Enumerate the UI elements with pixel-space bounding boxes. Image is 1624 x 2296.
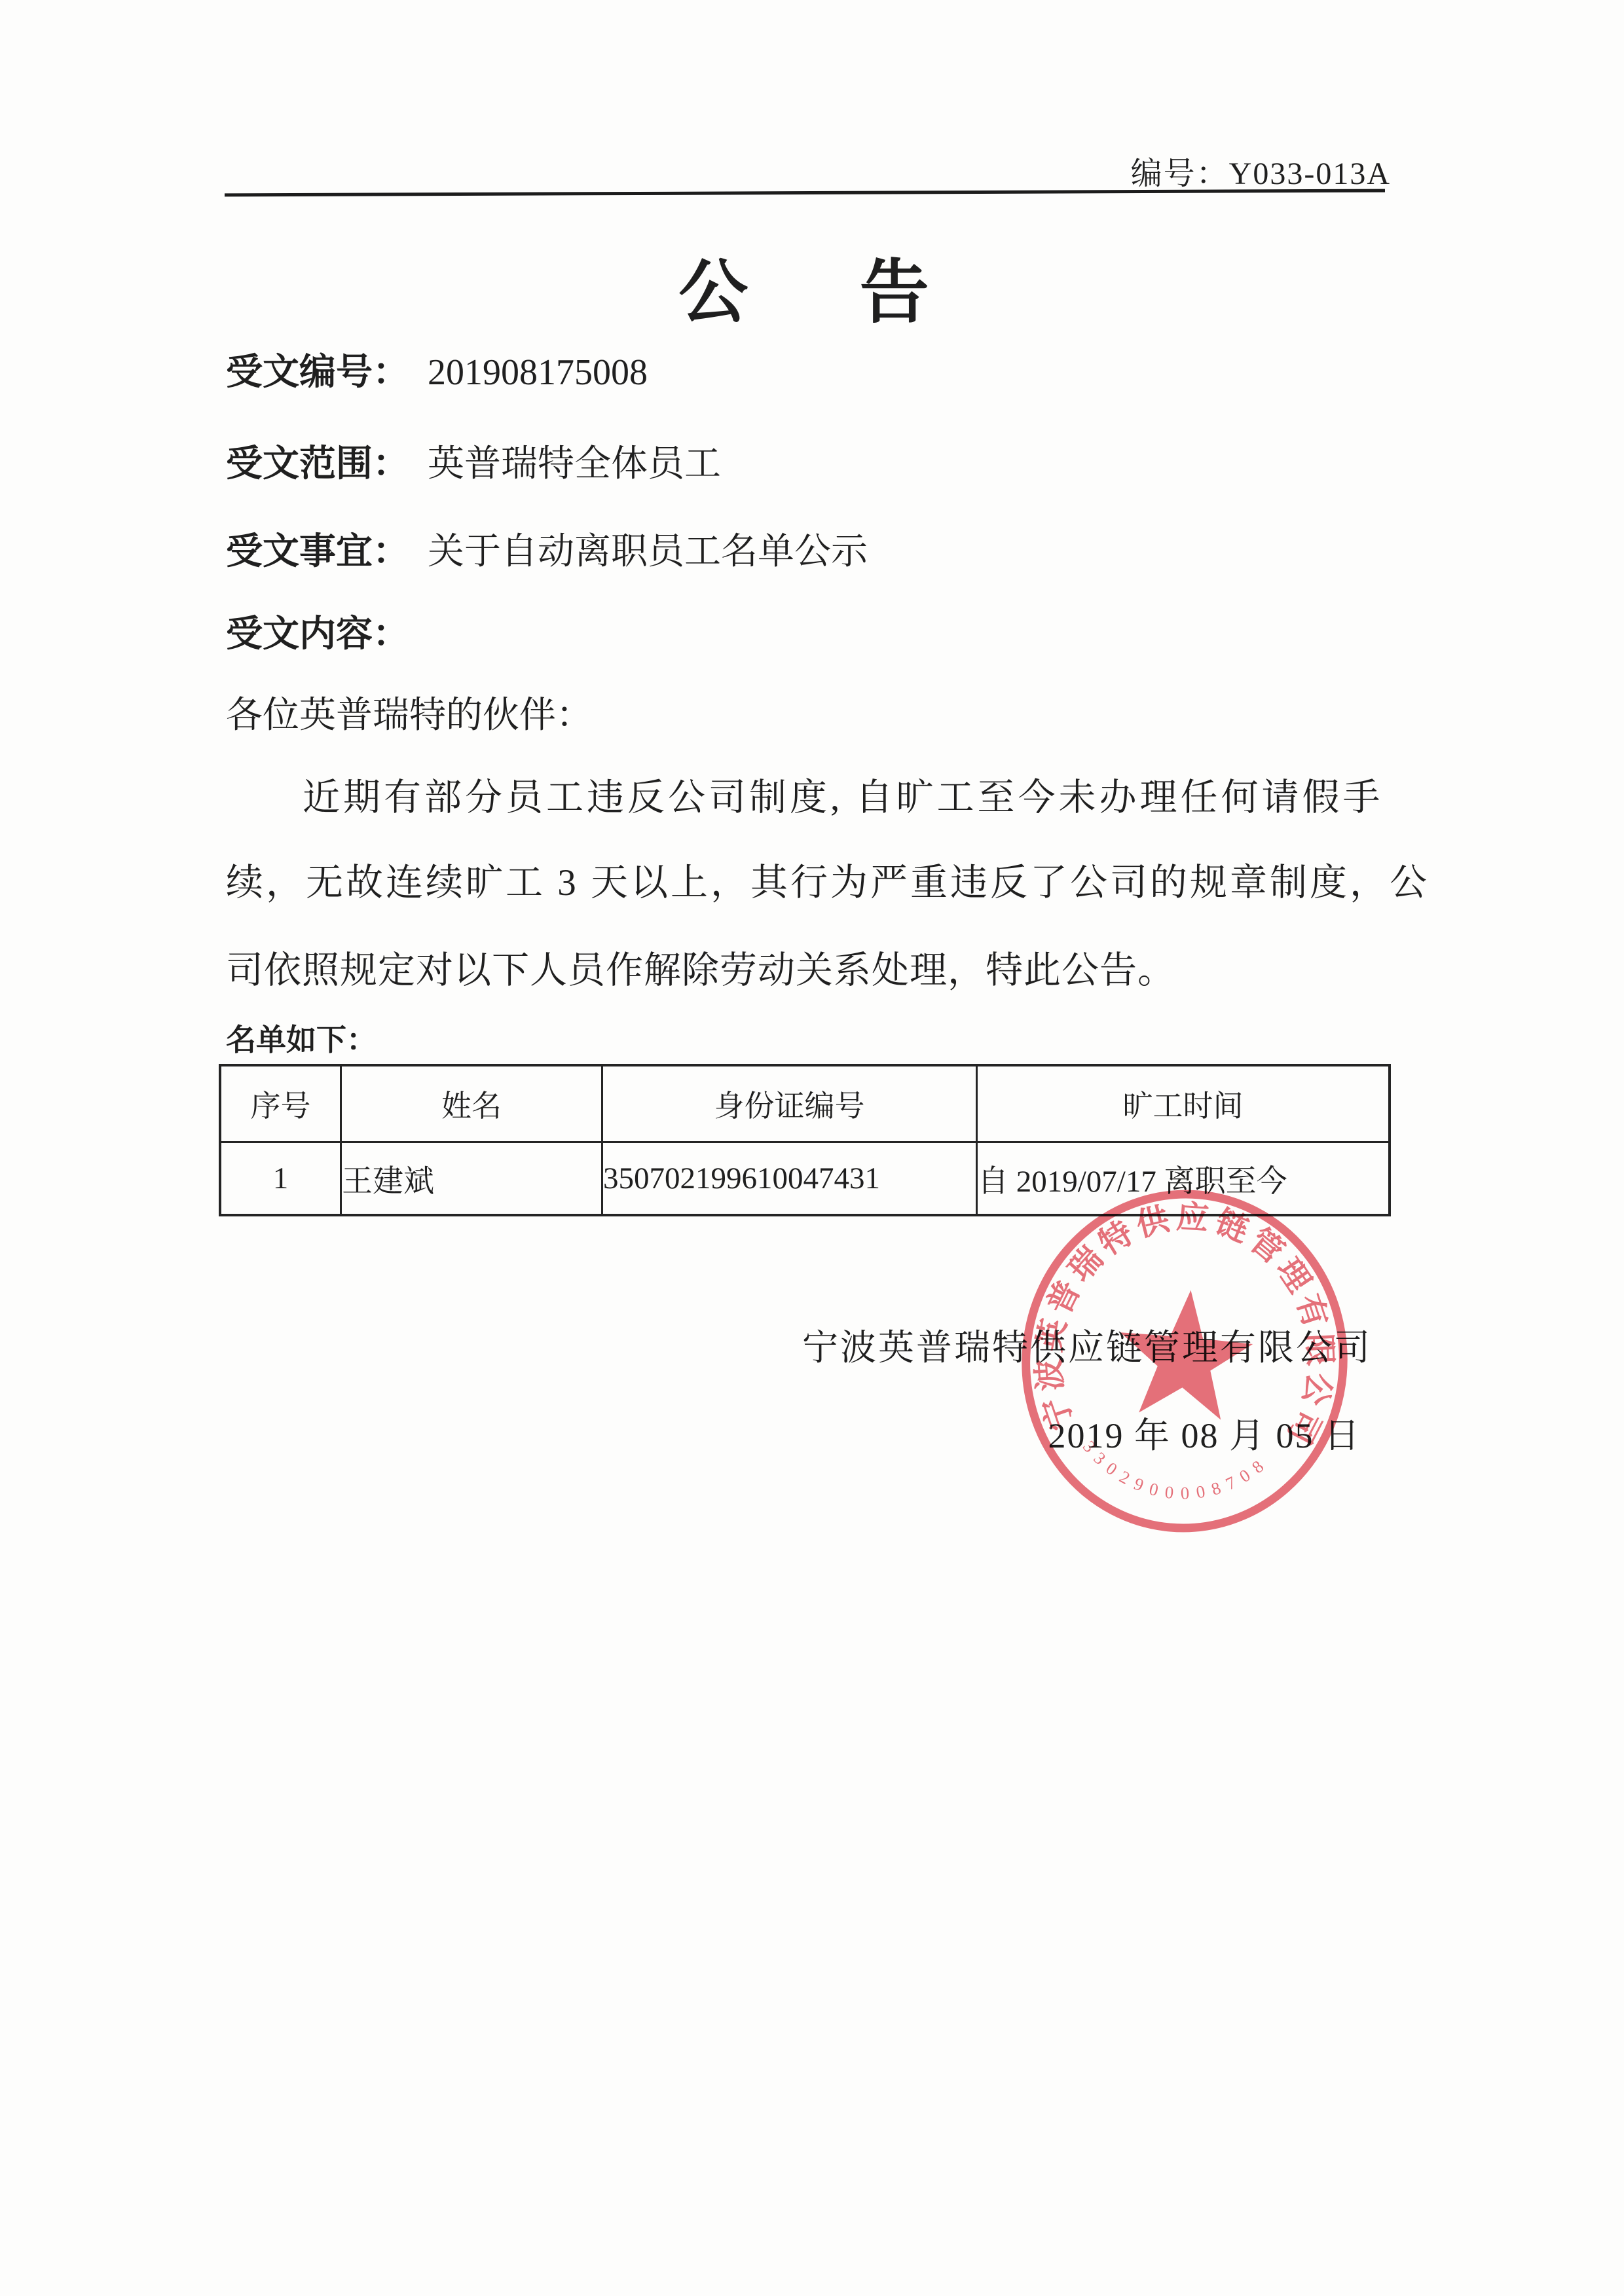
column-header-index: 序号 — [220, 1065, 341, 1142]
field-label: 受文范围： — [226, 444, 409, 484]
field-label: 受文编号： — [226, 352, 409, 393]
seal-graphics: 宁波英普瑞特供应链管理有限公司 3302900008708 — [1012, 1181, 1357, 1541]
roster-list-label: 名单如下： — [226, 1016, 377, 1059]
doc-number: 编号：Y033-013A — [1131, 148, 1391, 193]
field-doc-ref: 受文编号：201908175008 — [226, 343, 648, 395]
column-header-name: 姓名 — [341, 1065, 602, 1142]
paragraph-line: 近期有部分员工违反公司制度, 自旷工至今未办理任何请假手 — [303, 767, 1384, 821]
table-header-row: 序号 姓名 身份证编号 旷工时间 — [220, 1065, 1390, 1142]
column-header-id-number: 身份证编号 — [602, 1065, 977, 1142]
page-title: 公 告 — [226, 237, 1382, 337]
seal-star-icon — [1114, 1285, 1257, 1422]
field-value: 关于自动离职员工名单公示 — [428, 532, 868, 572]
field-content: 受文内容： — [226, 605, 428, 657]
field-scope: 受文范围：英普瑞特全体员工 — [226, 435, 721, 487]
cell-name: 王建斌 — [341, 1142, 602, 1216]
paragraph-line: 司依照规定对以下人员作解除劳动关系处理，特此公告。 — [226, 940, 1175, 994]
field-value: 英普瑞特全体员工 — [428, 444, 721, 484]
field-value: 201908175008 — [428, 352, 648, 393]
seal-code-text: 3302900008708 — [1075, 1436, 1274, 1511]
field-label: 受文内容： — [226, 614, 409, 655]
header-rule — [225, 189, 1385, 197]
cell-index: 1 — [220, 1142, 341, 1216]
greeting-line: 各位英普瑞特的伙伴： — [226, 686, 593, 738]
company-seal-stamp: 宁波英普瑞特供应链管理有限公司 3302900008708 — [1001, 1170, 1367, 1553]
cell-id-number: 350702199610047431 — [602, 1142, 977, 1216]
field-subject: 受文事宜：关于自动离职员工名单公示 — [226, 522, 868, 575]
column-header-absence-time: 旷工时间 — [977, 1065, 1390, 1142]
scanned-announcement-page: 编号：Y033-013A 公 告 受文编号：201908175008 受文范围：… — [0, 0, 1624, 2296]
paragraph-line: 续，无故连续旷工 3 天以上，其行为严重违反了公司的规章制度，公 — [226, 852, 1430, 906]
field-label: 受文事宜： — [226, 532, 409, 572]
